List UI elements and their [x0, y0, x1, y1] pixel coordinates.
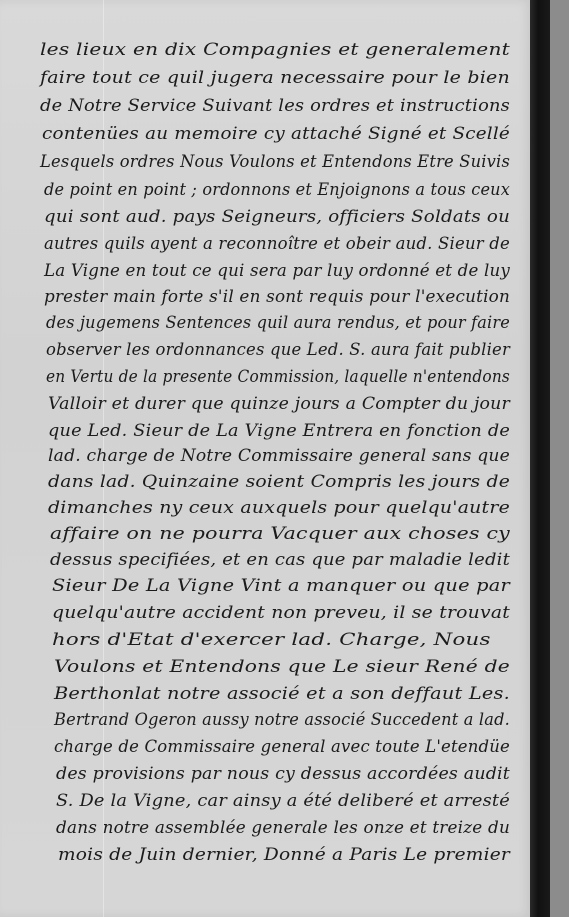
manuscript-text: les lieux en dix Compagnies et generalem…: [0, 0, 533, 917]
manuscript-line-text: Bertrand Ogeron aussy notre associé Succ…: [54, 710, 510, 730]
manuscript-line: autres quils ayent a reconnoître et obei…: [44, 234, 533, 261]
manuscript-line: La Vigne en tout ce qui sera par luy ord…: [44, 261, 533, 288]
manuscript-line: Berthonlat notre associé et a son deffau…: [54, 684, 533, 711]
manuscript-line: charge de Commissaire general avec toute…: [54, 737, 533, 764]
manuscript-line: de Notre Service Suivant les ordres et i…: [40, 96, 533, 123]
manuscript-line: lad. charge de Notre Commissaire general…: [48, 446, 533, 473]
manuscript-line: prester main forte s'il en sont requis p…: [44, 287, 533, 314]
manuscript-line-text: qui sont aud. pays Seigneurs, officiers …: [44, 207, 510, 227]
manuscript-line-text: La Vigne en tout ce qui sera par luy ord…: [44, 261, 510, 281]
manuscript-line-text: dessus specifiées, et en cas que par mal…: [50, 550, 510, 570]
manuscript-line: contenües au memoire cy attaché Signé et…: [42, 124, 533, 151]
manuscript-line: de point en point ; ordonnons et Enjoign…: [44, 180, 533, 207]
manuscript-line: des provisions par nous cy dessus accord…: [56, 764, 533, 791]
manuscript-line-text: dimanches ny ceux auxquels pour quelqu'a…: [48, 498, 510, 518]
manuscript-line-text: Lesquels ordres Nous Voulons et Entendon…: [40, 152, 510, 172]
manuscript-line-text: autres quils ayent a reconnoître et obei…: [44, 234, 510, 254]
manuscript-line: Bertrand Ogeron aussy notre associé Succ…: [54, 710, 533, 737]
manuscript-line: faire tout ce quil jugera necessaire pou…: [40, 68, 533, 95]
page-edge-shadow: [530, 0, 550, 917]
manuscript-line-text: S. De la Vigne, car ainsy a été deliberé…: [56, 791, 510, 811]
manuscript-line-text: charge de Commissaire general avec toute…: [54, 737, 510, 757]
manuscript-line: dans notre assemblée generale les onze e…: [56, 818, 533, 845]
manuscript-line: affaire on ne pourra Vacquer aux choses …: [50, 524, 533, 551]
manuscript-line-text: les lieux en dix Compagnies et generalem…: [40, 40, 510, 60]
manuscript-line-text: des jugemens Sentences quil aura rendus,…: [46, 313, 510, 333]
manuscript-line-text: dans lad. Quinzaine soient Compris les j…: [48, 472, 510, 492]
manuscript-line-text: lad. charge de Notre Commissaire general…: [48, 446, 510, 466]
manuscript-line: mois de Juin dernier, Donné a Paris Le p…: [58, 845, 533, 872]
manuscript-line-text: quelqu'autre accident non preveu, il se …: [52, 603, 510, 623]
manuscript-line: dessus specifiées, et en cas que par mal…: [50, 550, 533, 577]
manuscript-line: observer les ordonnances que Led. S. aur…: [46, 340, 533, 367]
manuscript-line: quelqu'autre accident non preveu, il se …: [52, 603, 533, 630]
manuscript-line-text: des provisions par nous cy dessus accord…: [56, 764, 510, 784]
manuscript-line-text: de point en point ; ordonnons et Enjoign…: [44, 180, 510, 200]
manuscript-line-text: observer les ordonnances que Led. S. aur…: [46, 340, 510, 360]
manuscript-line: S. De la Vigne, car ainsy a été deliberé…: [56, 791, 533, 818]
manuscript-line-text: Voulons et Entendons que Le sieur René d…: [54, 657, 510, 677]
manuscript-line: en Vertu de la presente Commission, laqu…: [46, 367, 533, 394]
manuscript-line-text: Valloir et durer que quinze jours a Comp…: [48, 394, 510, 414]
manuscript-line-text: dans notre assemblée generale les onze e…: [56, 818, 510, 838]
manuscript-line: que Led. Sieur de La Vigne Entrera en fo…: [48, 421, 533, 448]
manuscript-line-text: de Notre Service Suivant les ordres et i…: [40, 96, 510, 116]
manuscript-line-text: en Vertu de la presente Commission, laqu…: [46, 367, 510, 387]
manuscript-line: Valloir et durer que quinze jours a Comp…: [48, 394, 533, 421]
manuscript-line-text: faire tout ce quil jugera necessaire pou…: [40, 68, 510, 88]
manuscript-line-text: hors d'Etat d'exercer lad. Charge, Nous: [52, 630, 491, 650]
manuscript-line: dimanches ny ceux auxquels pour quelqu'a…: [48, 498, 533, 525]
manuscript-page: les lieux en dix Compagnies et generalem…: [0, 0, 533, 917]
manuscript-line: qui sont aud. pays Seigneurs, officiers …: [44, 207, 533, 234]
manuscript-line: dans lad. Quinzaine soient Compris les j…: [48, 472, 533, 499]
manuscript-line-text: contenües au memoire cy attaché Signé et…: [42, 124, 510, 144]
manuscript-line: hors d'Etat d'exercer lad. Charge, Nous: [52, 630, 533, 657]
manuscript-line: Voulons et Entendons que Le sieur René d…: [54, 657, 533, 684]
manuscript-line-text: Sieur De La Vigne Vint a manquer ou que …: [52, 576, 510, 596]
manuscript-line: des jugemens Sentences quil aura rendus,…: [46, 313, 533, 340]
manuscript-line-text: mois de Juin dernier, Donné a Paris Le p…: [58, 845, 510, 865]
manuscript-line-text: affaire on ne pourra Vacquer aux choses …: [50, 524, 510, 544]
manuscript-line-text: prester main forte s'il en sont requis p…: [44, 287, 510, 307]
manuscript-line: Lesquels ordres Nous Voulons et Entendon…: [40, 152, 533, 179]
manuscript-line-text: que Led. Sieur de La Vigne Entrera en fo…: [48, 421, 510, 441]
manuscript-line: les lieux en dix Compagnies et generalem…: [40, 40, 533, 67]
manuscript-line: Sieur De La Vigne Vint a manquer ou que …: [52, 576, 533, 603]
manuscript-line-text: Berthonlat notre associé et a son deffau…: [54, 684, 510, 704]
